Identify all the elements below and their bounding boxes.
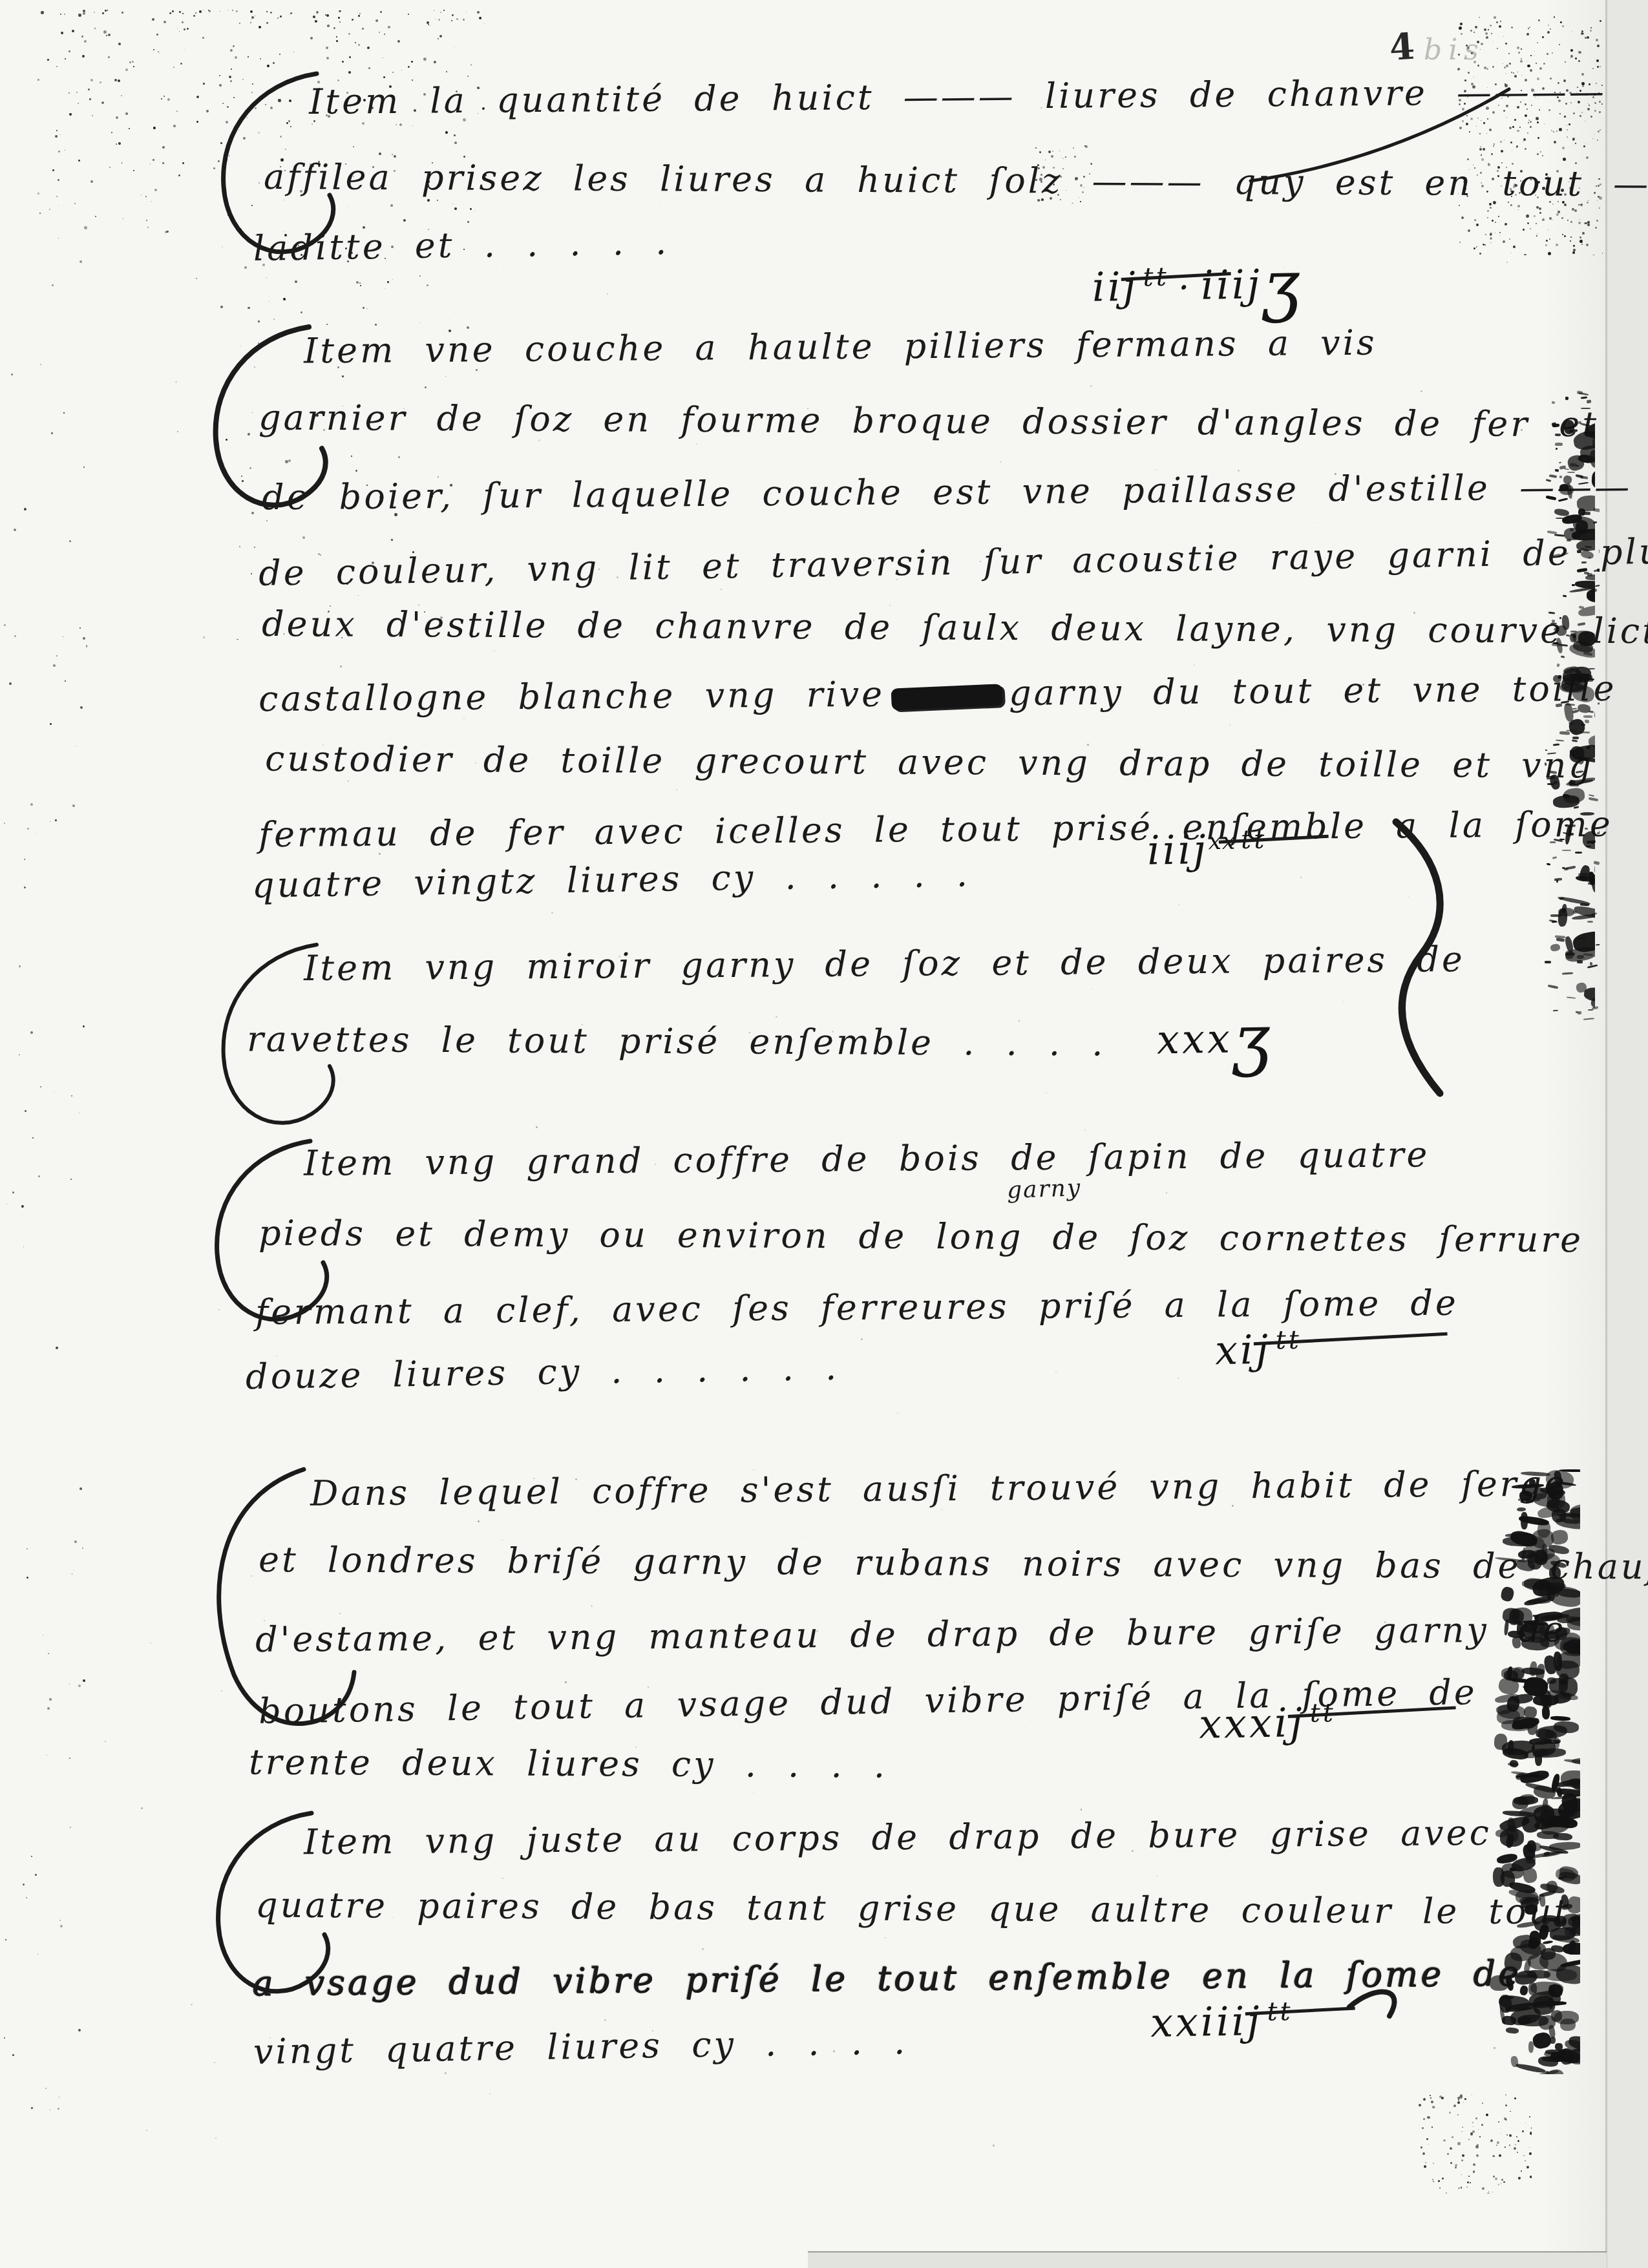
binding-marks-blobs (1550, 414, 1595, 1008)
scanned-manuscript-page: 4bis Item la quantité de huict ——— liure… (0, 0, 1648, 2268)
ink-speckles-left-margin (3, 246, 87, 2119)
binding-streak (1483, 1467, 1580, 2074)
scanner-background-bottom (808, 2251, 1607, 2268)
ink-speckles-bottom-right (1419, 2094, 1532, 2194)
page-number-value: 4 (1388, 25, 1416, 70)
scanner-background-right (1607, 0, 1648, 2268)
paper-dirt (97, 97, 1551, 2165)
